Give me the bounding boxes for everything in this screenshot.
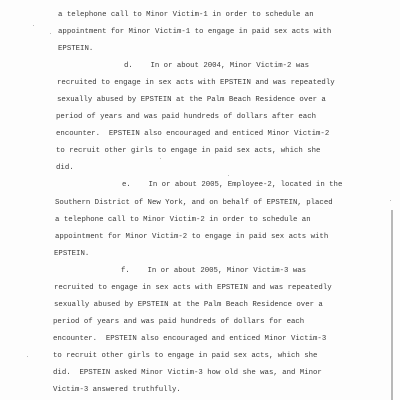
scan-speck: [228, 175, 229, 176]
scan-speck: [33, 25, 34, 26]
text-line: sexually abused by EPSTEIN at the Palm B…: [54, 301, 323, 310]
text-line: Southern District of New York, and on be…: [55, 199, 333, 208]
text-line: to recruit other girls to engage in paid…: [56, 147, 320, 156]
paragraph-e-start: e. In or about 2005, Employee-2, located…: [122, 181, 342, 190]
scan-speck: [160, 158, 161, 159]
text-line: a telephone call to Minor Victim-1 in or…: [58, 11, 314, 20]
text-line: EPSTEIN.: [58, 45, 93, 54]
text-line: to recruit other girls to engage in paid…: [53, 352, 317, 361]
text-line: a telephone call to Minor Victim-2 in or…: [55, 216, 311, 225]
scan-speck: [390, 200, 391, 201]
paragraph-f-start: f. In or about 2005, Minor Victim-3 was: [121, 267, 306, 276]
scan-edge-line: [391, 210, 393, 400]
text-line: encounter. EPSTEIN also encouraged and e…: [56, 130, 329, 139]
paragraph-d-start: d. In or about 2004, Minor Victim-2 was: [124, 62, 309, 71]
text-line: sexually abused by EPSTEIN at the Palm B…: [57, 96, 326, 105]
scan-speck: [50, 33, 51, 34]
text-line: did. EPSTEIN asked Minor Victim-3 how ol…: [53, 369, 322, 378]
document-page: a telephone call to Minor Victim-1 in or…: [0, 0, 400, 400]
text-line: period of years and was paid hundreds of…: [53, 318, 304, 327]
text-line: appointment for Minor Victim-1 to engage…: [58, 28, 331, 37]
text-line: recruited to engage in sex acts with EPS…: [57, 79, 335, 88]
text-line: period of years and was paid hundreds of…: [56, 113, 316, 122]
scan-speck: [27, 356, 28, 357]
text-line: EPSTEIN.: [54, 250, 89, 259]
text-line: Victim-3 answered truthfully.: [53, 386, 181, 395]
text-line: appointment for Minor Victim-2 to engage…: [55, 233, 328, 242]
text-line: encounter. EPSTEIN also encouraged and e…: [53, 335, 326, 344]
text-line: did.: [56, 164, 74, 173]
text-line: recruited to engage in sex acts with EPS…: [54, 284, 332, 293]
